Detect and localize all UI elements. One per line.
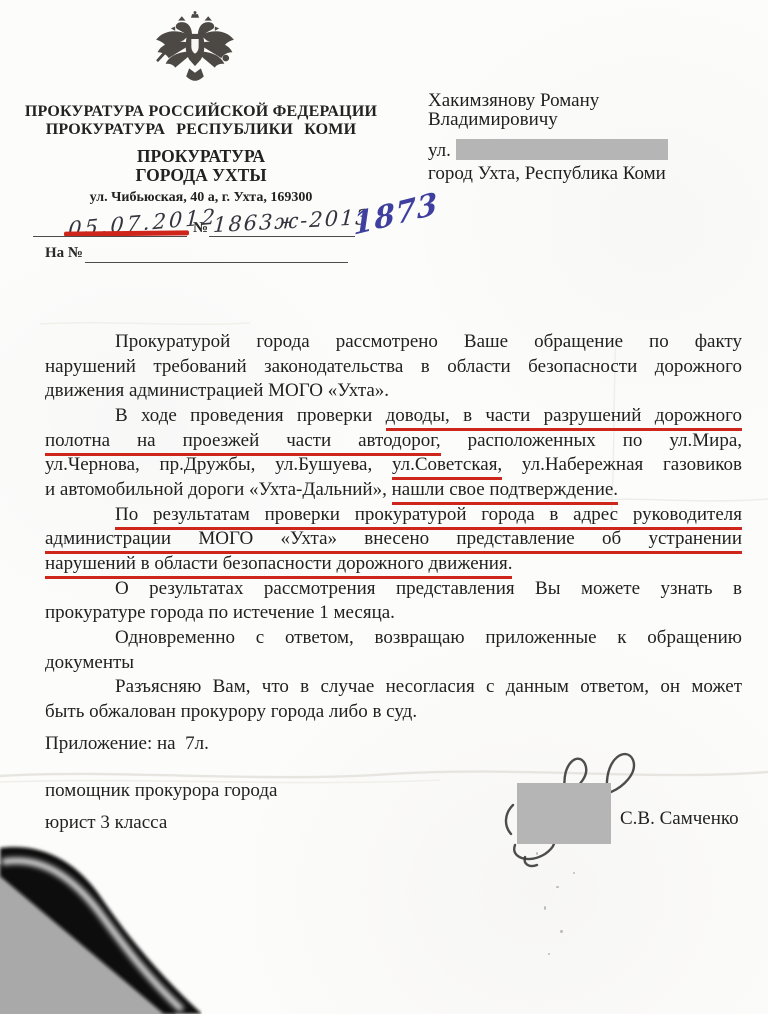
ink-speck (548, 953, 550, 955)
signer-name: С.В. Самченко (620, 808, 739, 830)
body-line: Прокуратурой города рассмотрено Ваше обр… (45, 330, 742, 355)
letterhead: ПРОКУРАТУРА РОССИЙСКОЙ ФЕДЕРАЦИИ ПРОКУРА… (10, 103, 392, 206)
street-prefix: ул. (428, 140, 456, 161)
red-underlined-text: доводы, в части разрушений дорожного (386, 405, 742, 431)
date-rule-line (33, 236, 187, 237)
reply-to-number-label: На № (45, 245, 83, 262)
number-sign-label: № (193, 220, 208, 237)
body-line: нарушений требований законодательства в … (45, 355, 742, 380)
body-line: прокуратуре города по истечение 1 месяца… (45, 601, 742, 626)
recipient-city-line: город Ухта, Республика Коми (428, 163, 668, 184)
recipient-name-line2: Владимировичу (428, 111, 668, 130)
letterhead-republic-line: ПРОКУРАТУРА РЕСПУБЛИКИ КОМИ (10, 121, 392, 139)
ink-speck (560, 930, 563, 933)
body-line: Одновременно с ответом, возвращаю прилож… (45, 626, 742, 651)
russia-coat-of-arms-icon (151, 8, 239, 92)
body-text: В ходе проведения проверки (115, 405, 386, 426)
body-line: В ходе проведения проверки доводы, в час… (45, 404, 742, 429)
red-underlined-text: По результатам проверки прокуратурой гор… (115, 504, 742, 530)
body-text: нарушений требований законодательства в … (45, 356, 742, 377)
body-text: движения администрацией МОГО «Ухта». (45, 380, 389, 401)
ink-speck (556, 886, 559, 888)
body-line: движения администрацией МОГО «Ухта». (45, 379, 742, 404)
letterhead-address: ул. Чибьюская, 40 а, г. Ухта, 169300 (10, 190, 392, 206)
body-line: быть обжалован прокурору города либо в с… (45, 700, 742, 725)
red-underlined-text: нашли свое подтверждение. (392, 479, 618, 505)
signer-position-line1: помощник прокурора города (45, 780, 277, 802)
body-line: нарушений в области безопасности дорожно… (45, 552, 742, 577)
letter-body: Прокуратурой города рассмотрено Ваше обр… (45, 330, 742, 725)
body-text: расположенных по ул.Мира, (441, 430, 742, 451)
attachment-line: Приложение: на 7л. (45, 733, 209, 755)
body-text: и автомобильной дороги «Ухта-Дальний», (45, 479, 392, 500)
body-line: Разъясняю Вам, что в случае несогласия с… (45, 675, 742, 700)
body-text: прокуратуре города по истечение 1 месяца… (45, 602, 395, 623)
handwritten-outgoing-number: 1863ж-2013 (212, 205, 371, 237)
recipient-block: Хакимзянову Роману Владимировичу ул. гор… (428, 92, 668, 184)
redacted-signature-box (517, 783, 611, 844)
body-text: ул.Чернова, пр.Дружбы, ул.Бушуева, (45, 454, 392, 475)
recipient-name-line1: Хакимзянову Роману (428, 92, 668, 111)
body-line: полотна на проезжей части автодорог, рас… (45, 429, 742, 454)
body-line: документы (45, 651, 742, 676)
recipient-street-line: ул. (428, 139, 668, 163)
red-underlined-text: администрации МОГО «Ухта» внесено предст… (45, 528, 742, 554)
reply-to-number-rule-line (85, 262, 348, 263)
letterhead-country-line: ПРОКУРАТУРА РОССИЙСКОЙ ФЕДЕРАЦИИ (10, 103, 392, 121)
body-text: быть обжалован прокурору города либо в с… (45, 701, 417, 722)
red-underlined-text: нарушений в области безопасности дорожно… (45, 553, 512, 579)
body-text: Разъясняю Вам, что в случае несогласия с… (115, 676, 742, 697)
letterhead-org-line2: ГОРОДА УХТЫ (10, 166, 392, 185)
signer-position-line2: юрист 3 класса (45, 812, 167, 834)
body-line: администрации МОГО «Ухта» внесено предст… (45, 527, 742, 552)
ink-speck (573, 872, 575, 874)
body-line: По результатам проверки прокуратурой гор… (45, 503, 742, 528)
body-text: Прокуратурой города рассмотрено Ваше обр… (115, 331, 742, 352)
body-text: документы (45, 652, 134, 673)
red-underlined-text: ул.Советская, (392, 454, 502, 480)
body-line: О результатах рассмотрения представления… (45, 577, 742, 602)
ink-speck (536, 852, 538, 855)
body-line: ул.Чернова, пр.Дружбы, ул.Бушуева, ул.Со… (45, 453, 742, 478)
body-text: Одновременно с ответом, возвращаю прилож… (115, 627, 742, 648)
scanned-letter-page: ПРОКУРАТУРА РОССИЙСКОЙ ФЕДЕРАЦИИ ПРОКУРА… (0, 0, 768, 1014)
red-underlined-text: полотна на проезжей части автодорог, (45, 430, 441, 456)
page-curl (0, 836, 202, 1014)
body-line: и автомобильной дороги «Ухта-Дальний», н… (45, 478, 742, 503)
body-text: О результатах рассмотрения представления… (115, 578, 742, 599)
body-text: ул.Набережная газовиков (502, 454, 742, 475)
ink-speck (544, 906, 546, 910)
letterhead-org-line1: ПРОКУРАТУРА (10, 147, 392, 166)
redacted-address-box (456, 139, 668, 160)
